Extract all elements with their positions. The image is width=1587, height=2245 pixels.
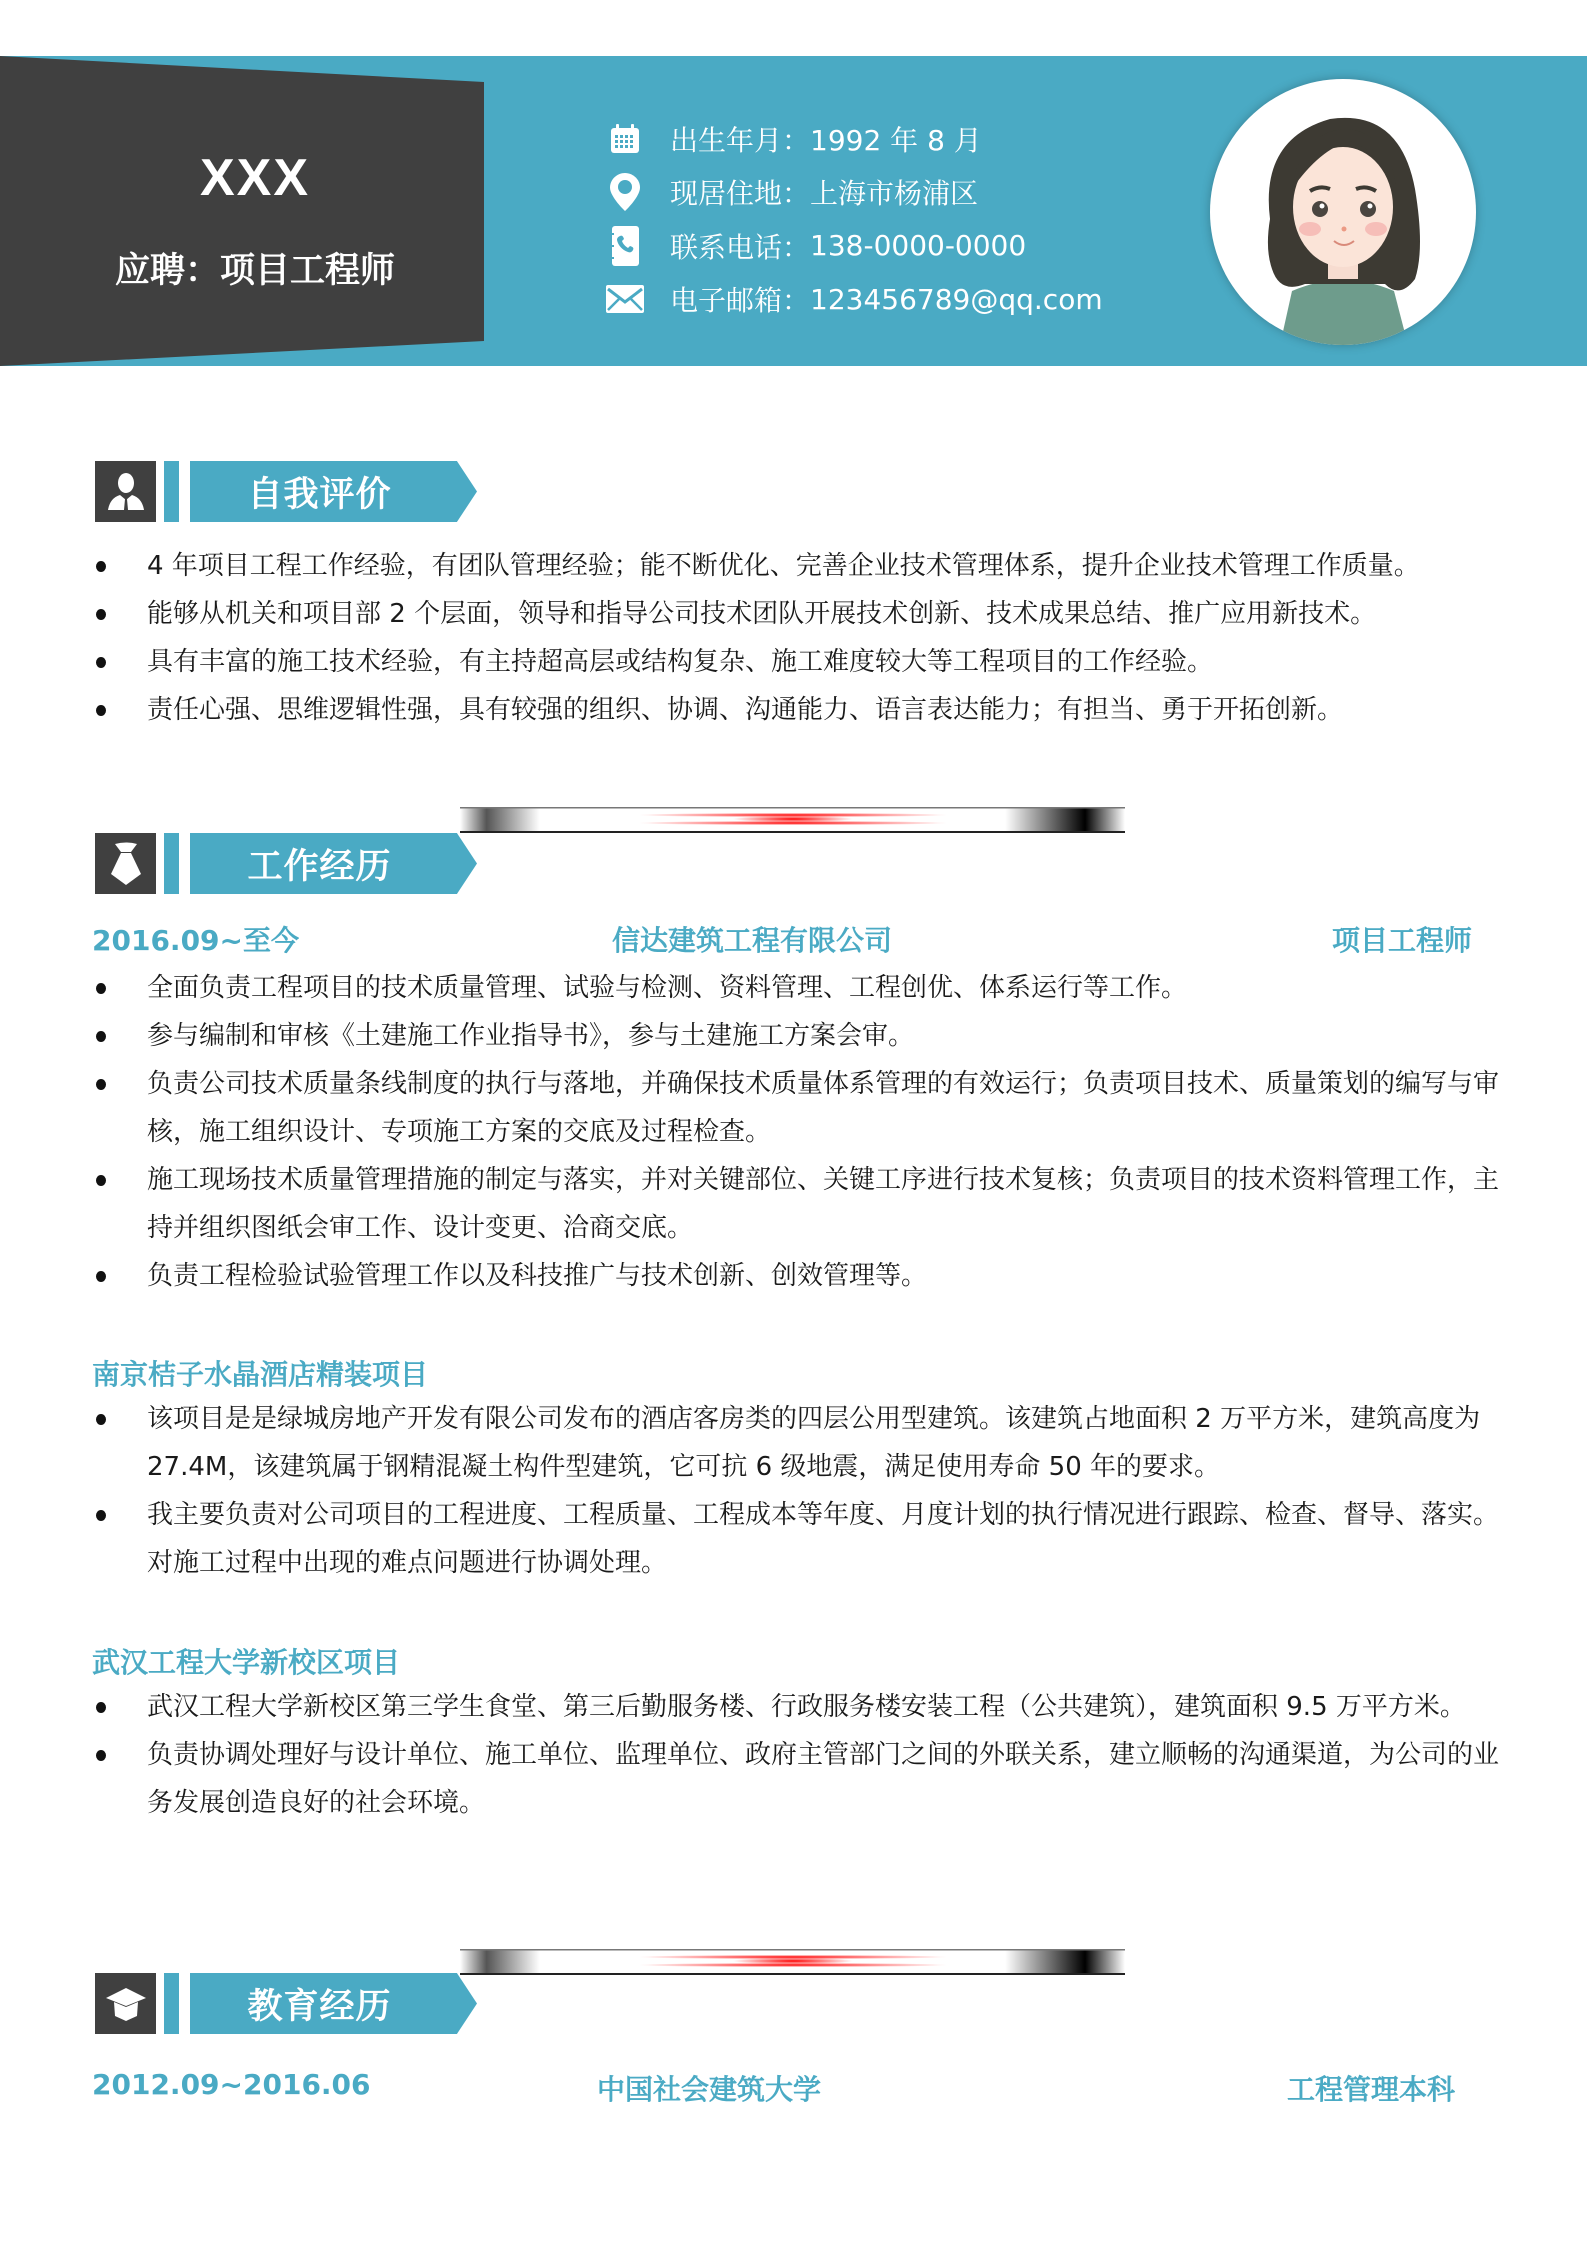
section-divider [460,805,1125,835]
candidate-name: XXX [0,148,510,208]
list-item: 该项目是是绿城房地产开发有限公司发布的酒店客房类的四层公用型建筑。该建筑占地面积… [92,1395,1502,1491]
list-item: 我主要负责对公司项目的工程进度、工程质量、工程成本等年度、月度计划的执行情况进行… [92,1491,1502,1587]
list-item: 责任心强、思维逻辑性强，具有较强的组织、协调、沟通能力、语言表达能力；有担当、勇… [92,686,1502,734]
list-item: 参与编制和审核《土建施工作业指导书》，参与土建施工方案会审。 [92,1012,1502,1060]
section-accent-bar [164,1973,179,2034]
contact-label: 现居住地： [670,172,810,212]
job-position: 项目工程师 [1332,919,1472,959]
education-row: 2012.09~2016.06 中国社会建筑大学 工程管理本科 [92,2068,1502,2108]
job-period: 2016.09~至今 [92,919,299,959]
contact-address: 现居住地： 上海市杨浦区 [605,166,1103,220]
name-panel [0,56,484,366]
contact-birth: 出生年月： 1992 年 8 月 [605,112,1103,166]
location-pin-icon [605,172,645,212]
project-list: 该项目是是绿城房地产开发有限公司发布的酒店客房类的四层公用型建筑。该建筑占地面积… [92,1395,1502,1587]
calendar-icon [605,119,645,159]
list-item: 负责工程检验试验管理工作以及科技推广与技术创新、创效管理等。 [92,1252,1502,1300]
mail-icon [605,279,645,319]
section-header-self-evaluation: 自我评价 [95,461,495,522]
education-degree: 工程管理本科 [1287,2068,1455,2108]
contact-value: 1992 年 8 月 [810,119,982,159]
section-title: 教育经历 [190,1973,477,2034]
list-item: 能够从机关和项目部 2 个层面，领导和指导公司技术团队开展技术创新、技术成果总结… [92,590,1502,638]
contact-phone: 联系电话： 138-0000-0000 [605,219,1103,273]
list-item: 负责协调处理好与设计单位、施工单位、监理单位、政府主管部门之间的外联关系，建立顺… [92,1731,1502,1827]
job-header: 2016.09~至今 信达建筑工程有限公司 项目工程师 [92,919,1502,959]
applied-position: 应聘：项目工程师 [0,243,510,293]
project-title: 武汉工程大学新校区项目 [92,1641,400,1681]
list-item: 具有丰富的施工技术经验，有主持超高层或结构复杂、施工难度较大等工程项目的工作经验… [92,638,1502,686]
education-period: 2012.09~2016.06 [92,2068,371,2101]
contact-label: 电子邮箱： [670,279,810,319]
project-title: 南京桔子水晶酒店精装项目 [92,1353,428,1393]
contact-value: 123456789@qq.com [810,283,1103,316]
contact-value: 138-0000-0000 [810,229,1026,262]
graduation-cap-icon [95,1973,156,2034]
section-header-education: 教育经历 [95,1973,495,2034]
section-title: 工作经历 [190,833,477,894]
tie-icon [95,833,156,894]
contact-value: 上海市杨浦区 [810,172,978,212]
list-item: 负责公司技术质量条线制度的执行与落地，并确保技术质量体系管理的有效运行；负责项目… [92,1060,1502,1156]
education-school: 中国社会建筑大学 [597,2068,821,2108]
job-company: 信达建筑工程有限公司 [612,919,892,959]
section-header-work-experience: 工作经历 [95,833,495,894]
section-accent-bar [164,833,179,894]
section-divider [460,1947,1125,1977]
section-accent-bar [164,461,179,522]
list-item: 4 年项目工程工作经验，有团队管理经验；能不断优化、完善企业技术管理体系，提升企… [92,542,1502,590]
list-item: 施工现场技术质量管理措施的制定与落实，并对关键部位、关键工序进行技术复核；负责项… [92,1156,1502,1252]
avatar [1210,79,1476,345]
contact-info: 出生年月： 1992 年 8 月 现居住地： 上海市杨浦区 联系电话： 138-… [605,112,1103,326]
list-item: 全面负责工程项目的技术质量管理、试验与检测、资料管理、工程创优、体系运行等工作。 [92,964,1502,1012]
list-item: 武汉工程大学新校区第三学生食堂、第三后勤服务楼、行政服务楼安装工程（公共建筑），… [92,1683,1502,1731]
section-title: 自我评价 [190,461,477,522]
contact-email: 电子邮箱： 123456789@qq.com [605,273,1103,327]
phone-icon [605,226,645,266]
job-duties-list: 全面负责工程项目的技术质量管理、试验与检测、资料管理、工程创优、体系运行等工作。… [92,964,1502,1300]
self-evaluation-list: 4 年项目工程工作经验，有团队管理经验；能不断优化、完善企业技术管理体系，提升企… [92,542,1502,734]
person-icon [95,461,156,522]
contact-label: 联系电话： [670,226,810,266]
project-list: 武汉工程大学新校区第三学生食堂、第三后勤服务楼、行政服务楼安装工程（公共建筑），… [92,1683,1502,1827]
contact-label: 出生年月： [670,119,810,159]
